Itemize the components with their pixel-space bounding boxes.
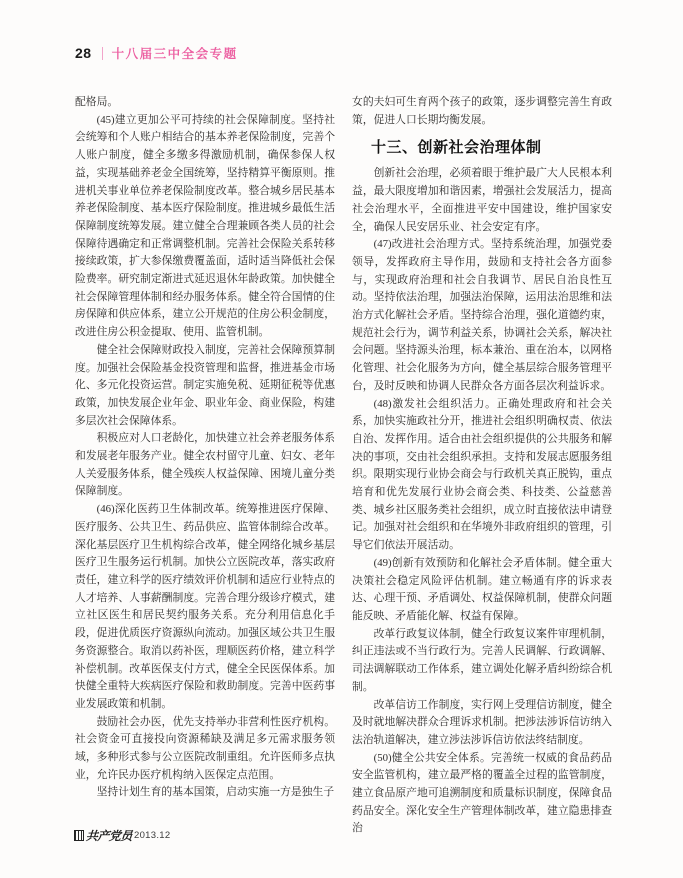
- page-header: 28 十八届三中全会专题: [75, 44, 238, 62]
- paragraph: 积极应对人口老龄化，加快建立社会养老服务体系和发展老年服务产业。健全农村留守儿童…: [75, 430, 335, 501]
- paragraph: 配格局。: [75, 94, 335, 112]
- paragraph: 女的夫妇可生育两个孩子的政策，逐步调整完善生育政策，促进人口长期均衡发展。: [352, 94, 612, 129]
- header-divider: [102, 47, 103, 60]
- magazine-logo-seal-icon: [74, 830, 84, 841]
- paragraph: 改革信访工作制度，实行网上受理信访制度，健全及时就地解决群众合理诉求机制。把涉法…: [352, 697, 612, 750]
- section-heading: 十三、创新社会治理体制: [352, 138, 612, 158]
- left-column: 配格局。(45)建立更加公平可持续的社会保障制度。坚持社会统筹和个人账户相结合的…: [75, 94, 335, 802]
- paragraph: 健全社会保障财政投入制度，完善社会保障预算制度。加强社会保险基金投资管理和监督，…: [75, 342, 335, 431]
- page-number: 28: [75, 45, 92, 61]
- issue-date: 2013.12: [134, 830, 170, 841]
- paragraph: (50)健全公共安全体系。完善统一权威的食品药品安全监管机构，建立最严格的覆盖全…: [352, 750, 612, 839]
- paragraph: (49)创新有效预防和化解社会矛盾体制。健全重大决策社会稳定风险评估机制。建立畅…: [352, 555, 612, 626]
- paragraph: (45)建立更加公平可持续的社会保障制度。坚持社会统筹和个人账户相结合的基本养老…: [75, 112, 335, 342]
- right-column: 女的夫妇可生育两个孩子的政策，逐步调整完善生育政策，促进人口长期均衡发展。十三、…: [352, 94, 612, 838]
- paragraph: 改革行政复议体制，健全行政复议案件审理机制，纠正违法或不当行政行为。完善人民调解…: [352, 626, 612, 697]
- magazine-logo-text: 共产党员: [85, 827, 132, 844]
- paragraph: 创新社会治理，必须着眼于维护最广大人民根本利益，最大限度增加和谐因素，增强社会发…: [352, 165, 612, 236]
- page-footer: 共产党员 2013.12: [74, 828, 170, 842]
- paragraph: (46)深化医药卫生体制改革。统筹推进医疗保障、医疗服务、公共卫生、药品供应、监…: [75, 501, 335, 713]
- paragraph: 鼓励社会办医，优先支持举办非营利性医疗机构。社会资金可直接投向资源稀缺及满足多元…: [75, 714, 335, 785]
- header-section-title: 十八届三中全会专题: [112, 44, 238, 62]
- paragraph: 坚持计划生育的基本国策，启动实施一方是独生子: [75, 784, 335, 802]
- paragraph: (48)激发社会组织活力。正确处理政府和社会关系，加快实施政社分开，推进社会组织…: [352, 396, 612, 555]
- paragraph: (47)改进社会治理方式。坚持系统治理，加强党委领导，发挥政府主导作用，鼓励和支…: [352, 236, 612, 395]
- magazine-page: 28 十八届三中全会专题 配格局。(45)建立更加公平可持续的社会保障制度。坚持…: [0, 0, 683, 878]
